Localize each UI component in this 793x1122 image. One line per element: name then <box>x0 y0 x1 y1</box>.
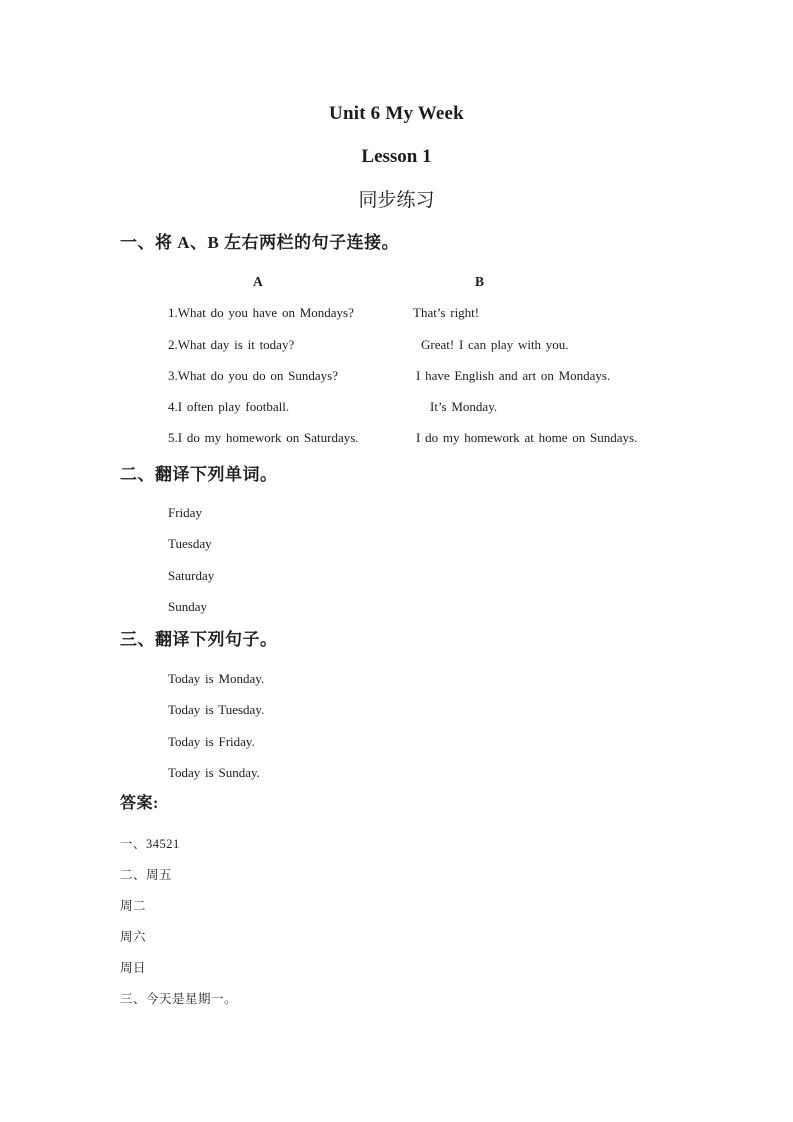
answer-line: 一、34521 <box>120 829 237 860</box>
section-3-heading: 三、翻译下列句子。 <box>120 625 278 650</box>
match-row-3-a: 3.What do you do on Sundays? <box>168 360 413 391</box>
answer-line: 周日 <box>120 953 237 984</box>
matching-exercise-table: A B 1.What do you have on Mondays? That’… <box>168 266 728 454</box>
match-row-3-b: I have English and art on Mondays. <box>413 360 728 391</box>
answer-line: 周二 <box>120 891 237 922</box>
word-item: Friday <box>168 497 214 528</box>
word-translation-list: Friday Tuesday Saturday Sunday <box>168 497 214 622</box>
match-row-1-a: 1.What do you have on Mondays? <box>168 297 413 328</box>
sentence-item: Today is Sunday. <box>168 757 264 788</box>
word-item: Sunday <box>168 591 214 622</box>
match-row-5-b: I do my homework at home on Sundays. <box>413 422 728 453</box>
sentence-item: Today is Friday. <box>168 726 264 757</box>
match-row-5-a: 5.I do my homework on Saturdays. <box>168 422 413 453</box>
section-2-heading: 二、翻译下列单词。 <box>120 460 278 485</box>
column-b-header: B <box>413 266 728 297</box>
answer-line: 二、周五 <box>120 860 237 891</box>
answer-line: 周六 <box>120 922 237 953</box>
match-row-2-a: 2.What day is it today? <box>168 329 413 360</box>
document-title: Unit 6 My Week <box>0 103 793 125</box>
word-item: Saturday <box>168 560 214 591</box>
exercise-subtitle: 同步练习 <box>0 185 793 212</box>
sentence-item: Today is Tuesday. <box>168 694 264 725</box>
section-1-heading: 一、将 A、B 左右两栏的句子连接。 <box>120 228 399 253</box>
match-row-1-b: That’s right! <box>413 297 728 328</box>
answers-heading: 答案: <box>120 790 159 813</box>
worksheet-page: Unit 6 My Week Lesson 1 同步练习 一、将 A、B 左右两… <box>0 0 793 1122</box>
lesson-title: Lesson 1 <box>0 146 793 168</box>
sentence-item: Today is Monday. <box>168 663 264 694</box>
word-item: Tuesday <box>168 528 214 559</box>
answers-list: 一、34521 二、周五 周二 周六 周日 三、今天是星期一。 <box>120 829 237 1015</box>
match-row-2-b: Great! I can play with you. <box>413 329 728 360</box>
match-row-4-a: 4.I often play football. <box>168 391 413 422</box>
answer-line: 三、今天是星期一。 <box>120 984 237 1015</box>
sentence-translation-list: Today is Monday. Today is Tuesday. Today… <box>168 663 264 788</box>
match-row-4-b: It’s Monday. <box>413 391 728 422</box>
column-a-header: A <box>168 266 413 297</box>
